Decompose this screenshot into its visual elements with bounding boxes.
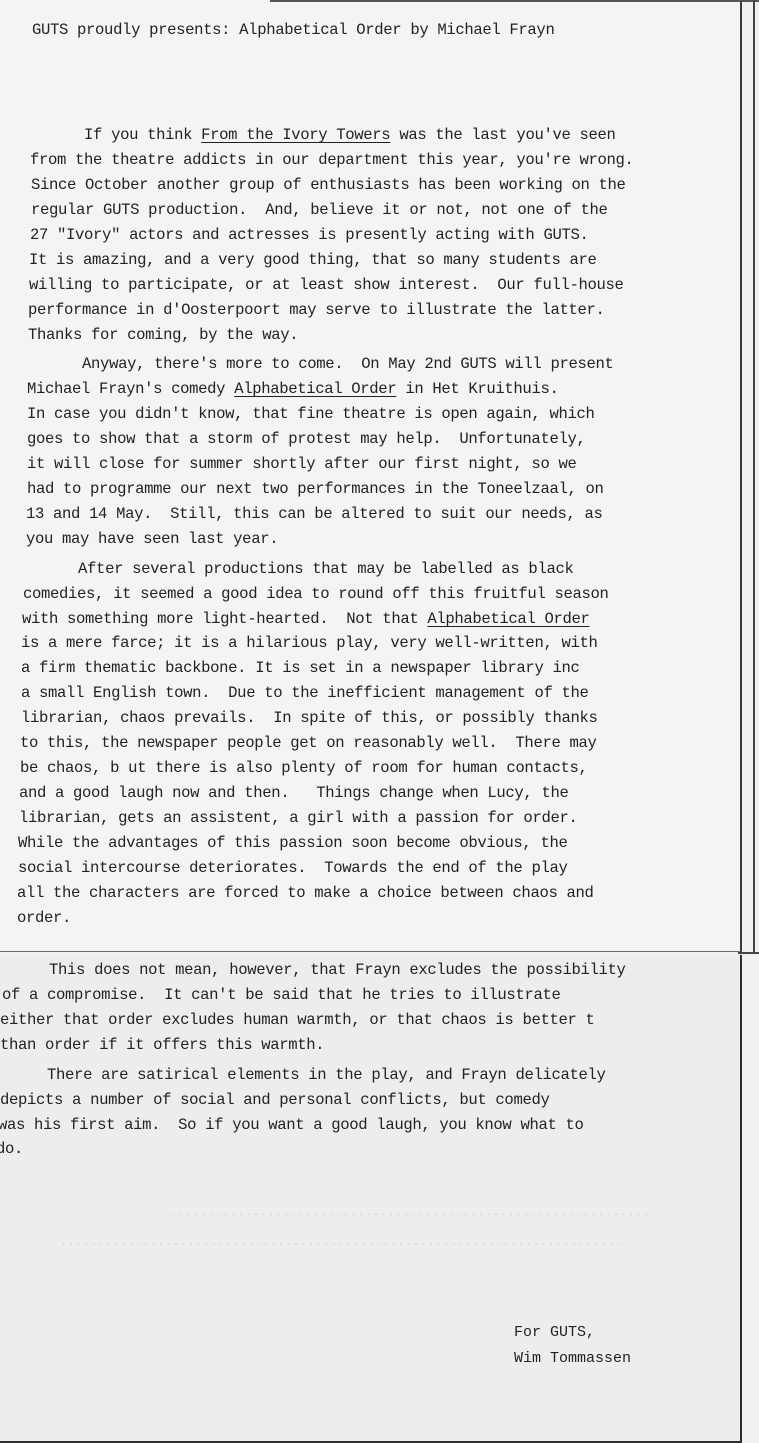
text-line: In case you didn't know, that fine theat… — [27, 407, 595, 423]
text-line: do. — [0, 1142, 23, 1158]
text-line: comedies, it seemed a good idea to round… — [23, 587, 609, 603]
text-line: be chaos, b ut there is also plenty of r… — [20, 761, 588, 777]
text-line: had to programme our next two performanc… — [27, 482, 604, 498]
text-line: Since October another group of enthusias… — [31, 178, 626, 194]
text-line: librarian, chaos prevails. In spite of t… — [21, 711, 598, 727]
bleed-through-text: ........................................… — [60, 1235, 623, 1249]
text-line: order. — [17, 911, 71, 927]
text-line: you may have seen last year. — [26, 532, 278, 548]
text-line: 13 and 14 May. Still, this can be altere… — [26, 507, 603, 523]
page-edge-right — [753, 0, 755, 952]
text-line: Anyway, there's more to come. On May 2nd… — [28, 357, 614, 373]
text-line: If you think From the Ivory Towers was t… — [30, 128, 616, 144]
text-line: a small English town. Due to the ineffic… — [21, 686, 589, 702]
text-line: It is amazing, and a very good thing, th… — [29, 253, 597, 269]
text-line: social intercourse deteriorates. Towards… — [18, 861, 567, 877]
text-line: from the theatre addicts in our departme… — [30, 153, 634, 169]
bleed-through-text: ........................................… — [170, 1205, 650, 1219]
text-line: While the advantages of this passion soo… — [18, 836, 567, 852]
underlined-title: Alphabetical Order — [427, 610, 589, 628]
document-heading: GUTS proudly presents: Alphabetical Orde… — [32, 23, 554, 39]
text-line: a firm thematic backbone. It is set in a… — [21, 661, 579, 677]
text-line: either that order excludes human warmth,… — [0, 1013, 595, 1029]
underlined-title: From the Ivory Towers — [201, 126, 390, 144]
text-line: depicts a number of social and personal … — [0, 1093, 549, 1109]
text-line: with something more light-hearted. Not t… — [22, 612, 590, 628]
text-line: and a good laugh now and then. Things ch… — [19, 786, 568, 802]
underlined-title: Alphabetical Order — [234, 380, 396, 398]
text-line: 27 "Ivory" actors and actresses is prese… — [30, 228, 588, 244]
text-line: regular GUTS production. And, believe it… — [31, 203, 608, 219]
text-line: all the characters are forced to make a … — [17, 886, 594, 902]
text-line: it will close for summer shortly after o… — [27, 457, 576, 473]
text-line: to this, the newspaper people get on rea… — [20, 736, 597, 752]
text-line: goes to show that a storm of protest may… — [27, 432, 585, 448]
text-line: librarian, gets an assistent, a girl wit… — [19, 811, 577, 827]
text-line: Thanks for coming, by the way. — [28, 328, 298, 344]
page-edge-divider — [738, 952, 759, 954]
text-line: After several productions that may be la… — [24, 562, 573, 578]
text-line: This does not mean, however, that Frayn … — [4, 963, 626, 979]
text-line: than order if it offers this warmth. — [0, 1038, 324, 1054]
text-line: is a mere farce; it is a hilarious play,… — [21, 636, 598, 652]
text-line: willing to participate, or at least show… — [29, 278, 624, 294]
text-line: of a compromise. It can't be said that h… — [2, 988, 560, 1004]
text-line: performance in d'Oosterpoort may serve t… — [28, 303, 605, 319]
text-line: There are satirical elements in the play… — [2, 1068, 606, 1084]
signature-line-1: For GUTS, — [514, 1325, 595, 1340]
signature-name: Wim Tommassen — [514, 1351, 631, 1366]
text-line: was his first aim. So if you want a good… — [0, 1118, 584, 1134]
text-line: Michael Frayn's comedy Alphabetical Orde… — [27, 382, 558, 398]
page-edge-top — [270, 0, 759, 2]
